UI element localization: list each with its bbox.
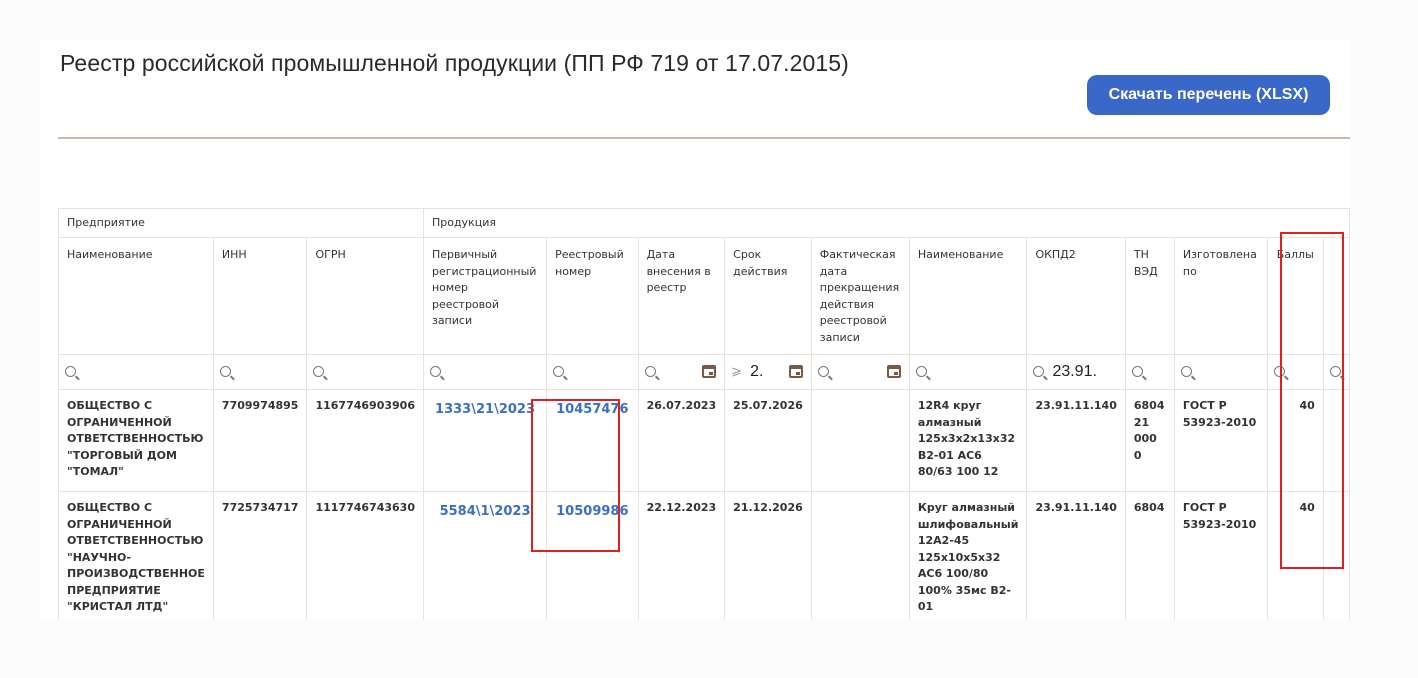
cell-inn: 7709974895 (213, 390, 307, 492)
registry-table-container: Предприятие Продукция Наименование ИНН О… (58, 208, 1350, 620)
primary-reg-number-link[interactable]: 5584\1\2023 (432, 504, 538, 521)
cell-product-name: Круг алмазный шлифовальный 12A2-45 125x1… (909, 492, 1027, 621)
cell-valid-until: 21.12.2026 (725, 492, 812, 621)
table-row: ОБЩЕСТВО С ОГРАНИЧЕННОЙ ОТВЕТСТВЕННОСТЬЮ… (59, 492, 1350, 621)
filter-reg-number[interactable] (547, 355, 638, 390)
cell-next (1323, 390, 1349, 492)
table-row: ОБЩЕСТВО С ОГРАНИЧЕННОЙ ОТВЕТСТВЕННОСТЬЮ… (59, 390, 1350, 492)
column-header-product-name[interactable]: Наименование (909, 238, 1027, 355)
cell-actual-end-date (811, 492, 909, 621)
column-header-tnved[interactable]: ТН ВЭД (1125, 238, 1174, 355)
search-icon (1033, 366, 1044, 377)
group-header-product: Продукция (423, 209, 1349, 238)
cell-made-by: ГОСТ Р 53923-2010 (1174, 492, 1267, 621)
cell-valid-until: 25.07.2026 (725, 390, 812, 492)
filter-actual-end-date[interactable] (811, 355, 909, 390)
cell-made-by: ГОСТ Р 53923-2010 (1174, 390, 1267, 492)
calendar-icon[interactable] (789, 365, 803, 378)
cell-tnved: 6804 (1125, 492, 1174, 621)
column-header-valid-until[interactable]: Срок действия (725, 238, 812, 355)
filter-product-name[interactable] (909, 355, 1027, 390)
registry-table: Предприятие Продукция Наименование ИНН О… (58, 208, 1350, 620)
column-header-ogrn[interactable]: ОГРН (307, 238, 424, 355)
cell-reg-number: 10457476 (547, 390, 638, 492)
cell-score: 40 (1267, 390, 1323, 492)
cell-primary-reg-number: 1333\21\2023 (423, 390, 546, 492)
search-icon (1132, 366, 1143, 377)
filter-company-name[interactable] (59, 355, 214, 390)
registry-panel: Реестр российской промышленной продукции… (40, 40, 1350, 620)
reg-number-link[interactable]: 10509986 (555, 504, 629, 521)
filter-date-added[interactable] (638, 355, 725, 390)
filter-inn[interactable] (213, 355, 307, 390)
search-icon (818, 366, 829, 377)
column-header-primary-reg-number[interactable]: Первичный регистрационный номер реестров… (423, 238, 546, 355)
cell-inn: 7725734717 (213, 492, 307, 621)
search-icon (430, 366, 441, 377)
cell-actual-end-date (811, 390, 909, 492)
column-header-reg-number[interactable]: Реестровый номер (547, 238, 638, 355)
column-header-next (1323, 238, 1349, 355)
cell-okpd2: 23.91.11.140 (1027, 390, 1125, 492)
filter-okpd2-value[interactable]: 23.91. (1052, 363, 1096, 380)
filter-valid-until[interactable]: ⩾2. (725, 355, 812, 390)
search-icon (1181, 366, 1192, 377)
search-icon (220, 366, 231, 377)
cell-okpd2: 23.91.11.140 (1027, 492, 1125, 621)
cell-tnved: 6804 21 000 0 (1125, 390, 1174, 492)
filter-made-by[interactable] (1174, 355, 1267, 390)
cell-ogrn: 1117746743630 (307, 492, 424, 621)
gte-operator-icon[interactable]: ⩾ (731, 364, 742, 379)
cell-company-name: ОБЩЕСТВО С ОГРАНИЧЕННОЙ ОТВЕТСТВЕННОСТЬЮ… (59, 492, 214, 621)
cell-date-added: 22.12.2023 (638, 492, 725, 621)
cell-next (1323, 492, 1349, 621)
download-xlsx-button[interactable]: Скачать перечень (XLSX) (1087, 75, 1330, 115)
cell-company-name: ОБЩЕСТВО С ОГРАНИЧЕННОЙ ОТВЕТСТВЕННОСТЬЮ… (59, 390, 214, 492)
search-icon (916, 366, 927, 377)
cell-ogrn: 1167746903906 (307, 390, 424, 492)
filter-score[interactable] (1267, 355, 1323, 390)
calendar-icon[interactable] (702, 365, 716, 378)
cell-product-name: 12R4 круг алмазный 125x3x2x13x32 B2-01 А… (909, 390, 1027, 492)
cell-date-added: 26.07.2023 (638, 390, 725, 492)
filter-primary-reg-number[interactable] (423, 355, 546, 390)
calendar-icon[interactable] (887, 365, 901, 378)
column-header-inn[interactable]: ИНН (213, 238, 307, 355)
filter-tnved[interactable] (1125, 355, 1174, 390)
header-divider (58, 137, 1350, 139)
column-header-date-added[interactable]: Дата внесения в реестр (638, 238, 725, 355)
search-icon (313, 366, 324, 377)
filter-valid-until-value[interactable]: 2. (750, 363, 763, 380)
group-header-enterprise: Предприятие (59, 209, 424, 238)
reg-number-link[interactable]: 10457476 (555, 402, 629, 419)
search-icon (553, 366, 564, 377)
search-icon (1330, 366, 1341, 377)
search-icon (645, 366, 656, 377)
column-header-actual-end-date[interactable]: Фактическая дата прекращения действия ре… (811, 238, 909, 355)
search-icon (65, 366, 76, 377)
filter-next[interactable] (1323, 355, 1349, 390)
filter-ogrn[interactable] (307, 355, 424, 390)
cell-reg-number: 10509986 (547, 492, 638, 621)
primary-reg-number-link[interactable]: 1333\21\2023 (432, 402, 538, 419)
cell-primary-reg-number: 5584\1\2023 (423, 492, 546, 621)
cell-score: 40 (1267, 492, 1323, 621)
filter-okpd2[interactable]: 23.91. (1027, 355, 1125, 390)
column-header-score[interactable]: Баллы (1267, 238, 1323, 355)
search-icon (1274, 366, 1285, 377)
column-header-company-name[interactable]: Наименование (59, 238, 214, 355)
page-title: Реестр российской промышленной продукции… (60, 50, 849, 77)
column-header-made-by[interactable]: Изготовлена по (1174, 238, 1267, 355)
column-header-okpd2[interactable]: ОКПД2 (1027, 238, 1125, 355)
